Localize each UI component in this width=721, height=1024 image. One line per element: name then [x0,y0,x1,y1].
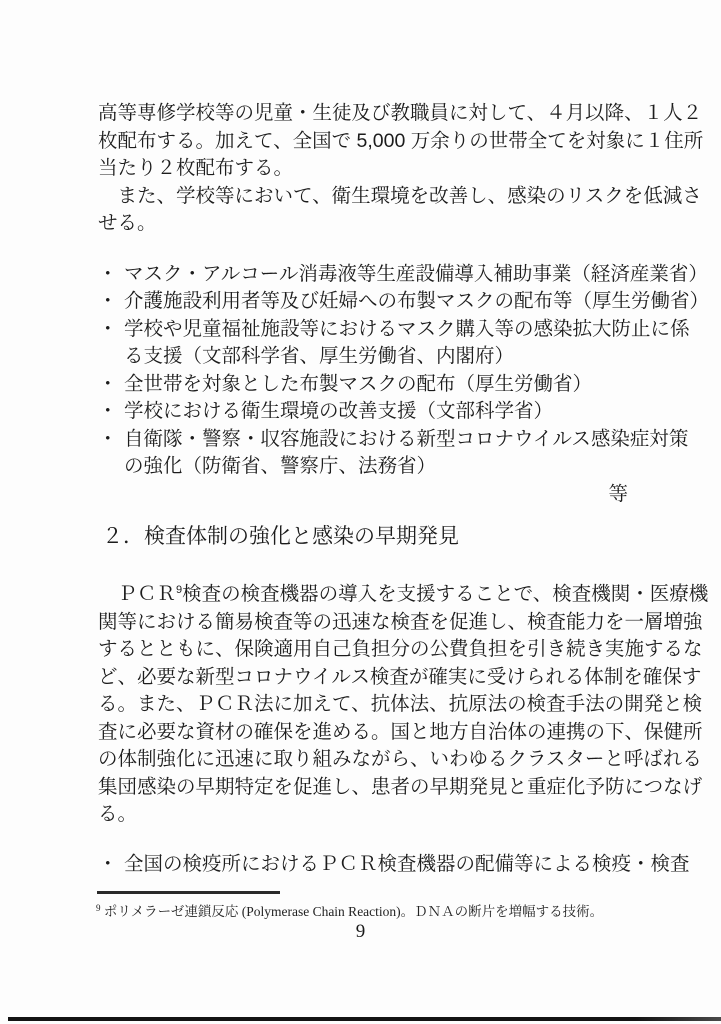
page-number: 9 [0,921,721,943]
text-line: するとともに、保険適用自己負担分の公費負担を引き続き実施するな [98,636,712,664]
bullet-text-line: 介護施設利用者等及び妊婦への布製マスクの配布等（厚生労働省） [124,288,712,316]
footnote-separator [97,891,280,894]
footnote: 9 ポリメラーゼ連鎖反応 (Polymerase Chain Reaction)… [96,899,696,921]
text-line: 当たり２枚配布する。 [98,155,712,183]
paragraph-mask-distribution: 高等専修学校等の児童・生徒及び教職員に対して、４月以降、１人２ 枚配布する。加え… [98,100,712,238]
bullet-marker: ・ [98,261,124,289]
content-area: 高等専修学校等の児童・生徒及び教職員に対して、４月以降、１人２ 枚配布する。加え… [98,100,712,878]
etc-label: 等 [98,481,712,509]
text-line: る。 [98,801,712,829]
text-line: る。また、ＰＣＲ法に加えて、抗体法、抗原法の検査手法の開発と検 [98,691,712,719]
bullet-item: ・ 介護施設利用者等及び妊婦への布製マスクの配布等（厚生労働省） [98,288,712,316]
bullet-marker: ・ [98,398,124,426]
footnote-text: ポリメラーゼ連鎖反応 (Polymerase Chain Reaction)。Ｄ… [101,904,604,919]
bullet-text-line: 学校や児童福祉施設等におけるマスク購入等の感染拡大防止に係 [124,316,712,344]
section-heading: ２．検査体制の強化と感染の早期発見 [98,522,712,552]
bullet-item: ・ 学校における衛生環境の改善支援（文部科学省） [98,398,712,426]
text-line: ど、必要な新型コロナウイルス検査が確実に受けられる体制を確保す [98,664,712,692]
text-line: 関等における簡易検査等の迅速な検査を促進し、検査能力を一層増強 [98,609,712,637]
text-line: また、学校等において、衛生環境を改善し、感染のリスクを低減さ [98,183,712,211]
bullet-text-line: マスク・アルコール消毒液等生産設備導入補助事業（経済産業省） [124,261,712,289]
text-line: 枚配布する。加えて、全国で 5,000 万余りの世帯全てを対象に１住所 [98,128,712,156]
bullet-text-line: 自衛隊・警察・収容施設における新型コロナウイルス感染症対策 [124,426,712,454]
text-line: せる。 [98,210,712,238]
text-line: の体制強化に迅速に取り組みながら、いわゆるクラスターと呼ばれる [98,746,712,774]
bullet-item: ・ 全世帯を対象とした布製マスクの配布（厚生労働省） [98,371,712,399]
quarantine-bullet-list: ・ 全国の検疫所におけるＰＣＲ検査機器の配備等による検疫・検査 [98,851,712,879]
bullet-marker: ・ [98,851,124,879]
bullet-marker: ・ [98,371,124,399]
bullet-item: ・ マスク・アルコール消毒液等生産設備導入補助事業（経済産業省） [98,261,712,289]
paragraph-pcr-testing: ＰＣＲ9検査の検査機器の導入を支援することで、検査機関・医療機 関等における簡易… [98,577,712,829]
bullet-text-line: る支援（文部科学省、厚生労働省、内閣府） [124,343,712,371]
bullet-marker: ・ [98,288,124,316]
page-edge-shadow [8,1017,721,1021]
document-page: 高等専修学校等の児童・生徒及び教職員に対して、４月以降、１人２ 枚配布する。加え… [0,0,721,1024]
bullet-text-line: 全世帯を対象とした布製マスクの配布（厚生労働省） [124,371,712,399]
text-line: 集団感染の早期特定を促進し、患者の早期発見と重症化予防につなげ [98,774,712,802]
text-segment: 検査の検査機器の導入を支援することで、検査機関・医療機 [182,583,708,605]
text-line: 高等専修学校等の児童・生徒及び教職員に対して、４月以降、１人２ [98,100,712,128]
bullet-marker: ・ [98,316,124,344]
bullet-item: ・ 学校や児童福祉施設等におけるマスク購入等の感染拡大防止に係 る支援（文部科学… [98,316,712,371]
bullet-item: ・ 全国の検疫所におけるＰＣＲ検査機器の配備等による検疫・検査 [98,851,712,879]
bullet-text-line: の強化（防衛省、警察庁、法務省） [124,453,712,481]
bullet-text-line: 全国の検疫所におけるＰＣＲ検査機器の配備等による検疫・検査 [124,851,712,879]
bullet-marker: ・ [98,426,124,454]
text-line: 査に必要な資材の確保を進める。国と地方自治体の連携の下、保健所 [98,719,712,747]
text-segment: ＰＣＲ [98,583,176,605]
text-line: ＰＣＲ9検査の検査機器の導入を支援することで、検査機関・医療機 [98,577,712,609]
measure-bullet-list: ・ マスク・アルコール消毒液等生産設備導入補助事業（経済産業省） ・ 介護施設利… [98,261,712,481]
bullet-item: ・ 自衛隊・警察・収容施設における新型コロナウイルス感染症対策 の強化（防衛省、… [98,426,712,481]
bullet-text-line: 学校における衛生環境の改善支援（文部科学省） [124,398,712,426]
